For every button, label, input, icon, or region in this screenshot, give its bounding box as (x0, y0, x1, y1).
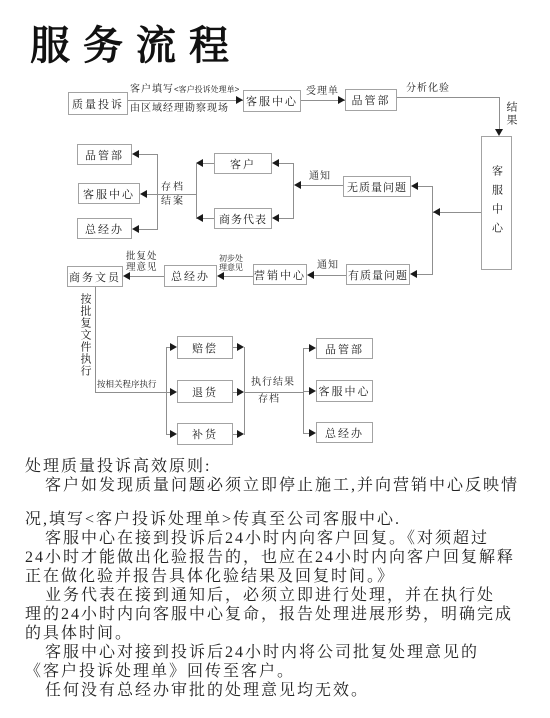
edge-label-archive-close: 存档结案 (161, 181, 185, 209)
edge-label-initial-opinion-l2: 理意见 (219, 263, 243, 272)
connector-line (244, 392, 303, 393)
notes-line: 况,填写<客户投诉处理单>传真至公司客服中心. (25, 510, 545, 529)
flow-box-gm-office-2: 总经办 (164, 265, 217, 287)
flow-box-service-center-tall-label: 客服中心 (489, 165, 505, 241)
arrowhead-left (272, 214, 279, 222)
connector-line (157, 154, 158, 230)
edge-label-result: 结果 (505, 101, 517, 127)
flow-box-service-center-1: 客服中心 (243, 90, 301, 112)
notes-line: 正在做化验并报告具体化验结果及回复时间。》 (25, 567, 545, 586)
edge-label-fill-form-prefix: 客户填写 (130, 84, 174, 95)
flow-box-compensation: 赔偿 (177, 336, 233, 359)
connector-line (139, 229, 157, 230)
notes-line: 客服中心在接到投诉后24小时内向客户回复。《对须超过 (25, 529, 545, 548)
flow-box-service-center-3: 客服中心 (316, 380, 373, 402)
flow-box-marketing-center: 营销中心 (253, 264, 307, 285)
connector-line (166, 347, 167, 435)
connector-line (196, 163, 197, 219)
connector-line (397, 97, 500, 98)
flow-box-business-rep: 商务代表 (214, 208, 272, 229)
arrowhead-right (309, 387, 316, 395)
flow-box-quality-dept-2: 品管部 (77, 144, 132, 165)
arrowhead-left (132, 150, 139, 158)
flow-box-gm-office-1: 总经办 (77, 218, 132, 239)
edge-label-survey-site: 由区域经理勘察现场 (130, 103, 229, 114)
edge-label-close-case: 结案 (161, 195, 185, 209)
connector-line (432, 186, 433, 275)
arrowhead-right (237, 430, 244, 438)
edge-label-acceptance-form: 受理单 (306, 86, 339, 97)
edge-label-initial-opinion: 初步处理意见 (219, 254, 243, 272)
connector-line (128, 100, 243, 101)
connector-line (418, 186, 432, 187)
flow-box-replenish-goods: 补货 (177, 423, 233, 445)
arrowhead-left (132, 225, 139, 233)
connector-line (417, 274, 432, 275)
edge-label-fill-form: 客户填写<客户投诉处理单> (130, 84, 239, 95)
edge-label-approval-opinion-l2: 理意见 (126, 262, 158, 273)
connector-line (314, 275, 346, 276)
connector-line (95, 287, 96, 393)
notes-line: 理的24小时内向客服中心复命，报告处理进展形势，明确完成 (25, 605, 545, 624)
page-title: 服务流程 (30, 14, 242, 71)
arrowhead-left (433, 208, 440, 216)
service-process-page: 服务流程 质量投诉 客户填写<客户投诉处理单> 由区域经理勘察现场 客服中心 受… (0, 0, 550, 718)
arrowhead-right (170, 430, 177, 438)
arrowhead-right (237, 343, 244, 351)
edge-label-notify-2: 通知 (317, 260, 339, 271)
arrowhead-left (411, 182, 418, 190)
edge-label-per-procedures: 按相关程序执行 (97, 379, 157, 390)
flow-box-has-quality-issue: 有质量问题 (346, 264, 410, 285)
flow-box-business-clerk: 商务文员 (67, 266, 123, 287)
edge-label-approval-opinion-l1: 批复处 (126, 251, 158, 262)
connector-line (293, 163, 294, 219)
connector-line (224, 276, 253, 277)
arrowhead-right (236, 96, 243, 104)
arrowhead-left (217, 272, 224, 280)
arrowhead-down (495, 129, 503, 136)
arrowhead-right (170, 388, 177, 396)
edge-label-archive-result: 存档 (258, 394, 280, 405)
arrowhead-left (272, 159, 279, 167)
notes-line: 24小时才能做出化验报告的，也应在24小时内向客户回复解释 (25, 548, 545, 567)
flow-box-service-center-2: 客服中心 (78, 183, 140, 204)
notes-line: 处理质量投诉高效原则: (25, 457, 545, 476)
flow-box-return-goods: 退货 (177, 380, 233, 403)
flow-box-quality-dept-1: 品管部 (345, 89, 397, 111)
edge-label-notify-1: 通知 (309, 171, 331, 182)
arrowhead-left (196, 159, 203, 167)
edge-label-analysis-test: 分析化验 (406, 83, 450, 94)
arrowhead-left (410, 270, 417, 278)
notes-block: 处理质量投诉高效原则: 客户如发现质量问题必须立即停止施工,并向营销中心反映情 … (25, 457, 545, 700)
arrowhead-left (294, 181, 301, 189)
connector-line (203, 218, 214, 219)
flow-box-customer: 客户 (214, 153, 272, 174)
connector-line (203, 163, 214, 164)
flow-box-no-quality-issue: 无质量问题 (343, 176, 411, 197)
arrowhead-left (307, 271, 314, 279)
notes-line: 业务代表在接到通知后，必须立即进行处理，并在执行处 (25, 586, 545, 605)
arrowhead-right (309, 344, 316, 352)
flow-box-quality-dept-3: 品管部 (316, 338, 373, 359)
connector-line (139, 154, 157, 155)
notes-line: 的具体时间。 (25, 624, 545, 643)
connector-line (499, 97, 500, 130)
connector-line (130, 276, 164, 277)
flow-box-service-center-tall: 客服中心 (481, 136, 512, 270)
arrowhead-left (123, 272, 130, 280)
notes-line: 任何没有总经办审批的处理意见均无效。 (25, 681, 545, 700)
flow-box-gm-office-3: 总经办 (316, 422, 373, 443)
arrowhead-right (309, 429, 316, 437)
flow-box-quality-complaint: 质量投诉 (68, 92, 128, 115)
connector-line (279, 218, 293, 219)
edge-label-exec-result: 执行结果 (251, 377, 295, 388)
notes-line: 客户如发现质量问题必须立即停止施工,并向营销中心反映情 (25, 476, 545, 495)
edge-label-initial-opinion-l1: 初步处 (219, 254, 243, 263)
connector-line (244, 347, 245, 435)
connector-line (95, 392, 166, 393)
arrowhead-left (196, 214, 203, 222)
notes-line: 《客户投诉处理单》回传至客户。 (25, 662, 545, 681)
notes-line: 客服中心对接到投诉后24小时内将公司批复处理意见的 (25, 643, 545, 662)
arrowhead-right (170, 343, 177, 351)
edge-label-approval-opinion: 批复处理意见 (126, 251, 158, 273)
edge-label-per-approved-doc: 按批复文件执行 (79, 293, 91, 377)
arrowhead-left (140, 190, 147, 198)
connector-line (301, 185, 343, 186)
connector-line (279, 163, 293, 164)
edge-label-archive: 存档 (161, 181, 185, 195)
edge-label-fill-form-doc: <客户投诉处理单> (174, 85, 239, 94)
arrowhead-right (338, 96, 345, 104)
arrowhead-right (237, 388, 244, 396)
connector-line (433, 212, 481, 213)
